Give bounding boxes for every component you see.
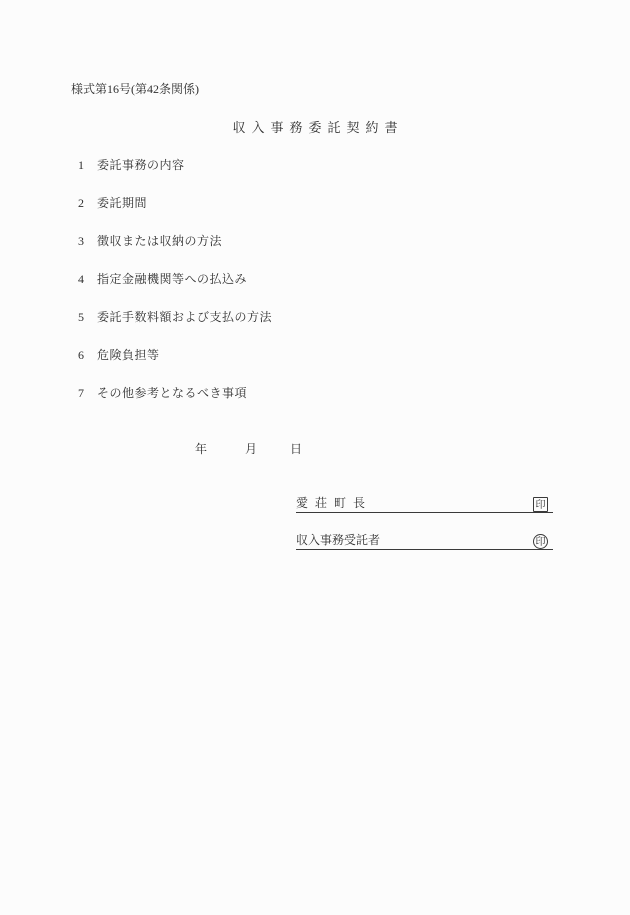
item-number: 4 — [78, 273, 97, 286]
item-list: 1 委託事務の内容 2 委託期間 3 徴収または収納の方法 4 指定金融機関等へ… — [78, 159, 272, 425]
item-number: 6 — [78, 349, 97, 362]
document-page: 様式第16号(第42条関係) 収入事務委託契約書 1 委託事務の内容 2 委託期… — [0, 0, 630, 915]
item-label: 委託期間 — [97, 197, 147, 210]
list-item: 1 委託事務の内容 — [78, 159, 272, 197]
item-label: その他参考となるべき事項 — [97, 387, 247, 400]
date-month-label: 月 — [245, 442, 257, 456]
item-number: 5 — [78, 311, 97, 324]
seal-square-icon: 印 — [533, 497, 548, 512]
list-item: 4 指定金融機関等への払込み — [78, 273, 272, 311]
list-item: 3 徴収または収納の方法 — [78, 235, 272, 273]
form-number: 様式第16号(第42条関係) — [71, 83, 199, 95]
signature-line-trustee: 収入事務受託者 印 — [296, 532, 553, 550]
item-number: 3 — [78, 235, 97, 248]
item-number: 1 — [78, 159, 97, 172]
date-line: 年月日 — [195, 443, 302, 455]
date-day-label: 日 — [290, 442, 302, 456]
list-item: 7 その他参考となるべき事項 — [78, 387, 272, 425]
signature-label-trustee: 収入事務受託者 — [296, 534, 380, 546]
date-year-label: 年 — [195, 442, 207, 456]
list-item: 6 危険負担等 — [78, 349, 272, 387]
signature-label-mayor: 愛荘町長 — [296, 497, 372, 509]
list-item: 2 委託期間 — [78, 197, 272, 235]
seal-circle-icon: 印 — [533, 534, 548, 549]
document-title: 収入事務委託契約書 — [0, 121, 630, 135]
item-label: 危険負担等 — [97, 349, 160, 362]
signature-line-mayor: 愛荘町長 印 — [296, 495, 553, 513]
item-label: 徴収または収納の方法 — [97, 235, 222, 248]
item-number: 7 — [78, 387, 97, 400]
list-item: 5 委託手数料額および支払の方法 — [78, 311, 272, 349]
item-label: 委託事務の内容 — [97, 159, 185, 172]
item-label: 委託手数料額および支払の方法 — [97, 311, 272, 324]
item-label: 指定金融機関等への払込み — [97, 273, 247, 286]
item-number: 2 — [78, 197, 97, 210]
